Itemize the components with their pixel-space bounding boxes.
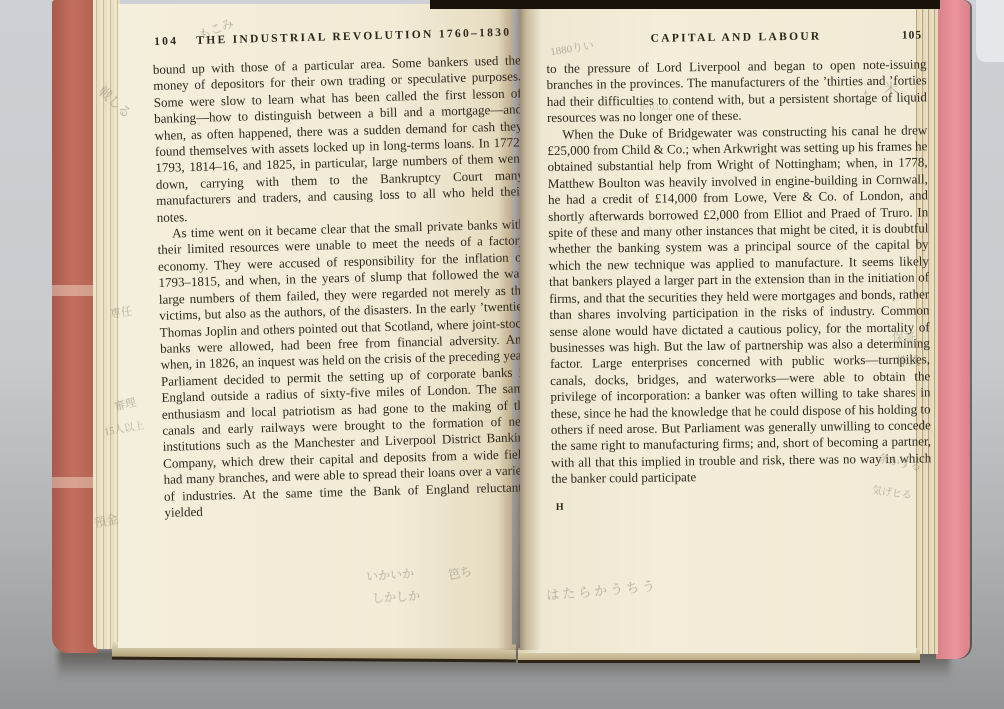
gutter-shadow xyxy=(498,2,542,650)
paragraph: When the Duke of Bridgewater was constru… xyxy=(547,122,931,488)
left-body-text: bound up with those of a particular area… xyxy=(153,52,533,521)
cover-hinge-band xyxy=(52,477,98,488)
right-body-text: to the pressure of Lord Liverpool and be… xyxy=(546,56,931,487)
right-running-head: CAPITAL AND LABOUR 105 xyxy=(546,29,926,46)
right-running-title: CAPITAL AND LABOUR xyxy=(651,31,822,45)
right-cover xyxy=(936,0,970,659)
right-page-number: 105 xyxy=(902,29,922,41)
signature-mark: H xyxy=(556,497,932,513)
paragraph: bound up with those of a particular area… xyxy=(153,52,525,226)
paragraph: to the pressure of Lord Liverpool and be… xyxy=(546,56,927,126)
cover-hinge-band xyxy=(52,285,98,296)
right-page-content: CAPITAL AND LABOUR 105 to the pressure o… xyxy=(546,29,932,512)
book-photo: 104 THE INDUSTRIAL REVOLUTION 1760–1830 … xyxy=(0,0,1004,709)
left-page-number: 104 xyxy=(154,35,178,48)
top-dark-band xyxy=(430,0,940,9)
left-page-edges xyxy=(93,0,120,649)
left-running-head: 104 THE INDUSTRIAL REVOLUTION 1760–1830 xyxy=(154,26,520,48)
left-page-content: 104 THE INDUSTRIAL REVOLUTION 1760–1830 … xyxy=(152,26,533,521)
right-page: CAPITAL AND LABOUR 105 to the pressure o… xyxy=(520,8,916,653)
left-cover xyxy=(52,0,98,653)
background-glare xyxy=(976,0,1004,62)
left-running-title: THE INDUSTRIAL REVOLUTION 1760–1830 xyxy=(196,27,511,47)
left-page: 104 THE INDUSTRIAL REVOLUTION 1760–1830 … xyxy=(118,4,512,648)
paragraph: As time went on it became clear that the… xyxy=(157,216,533,521)
